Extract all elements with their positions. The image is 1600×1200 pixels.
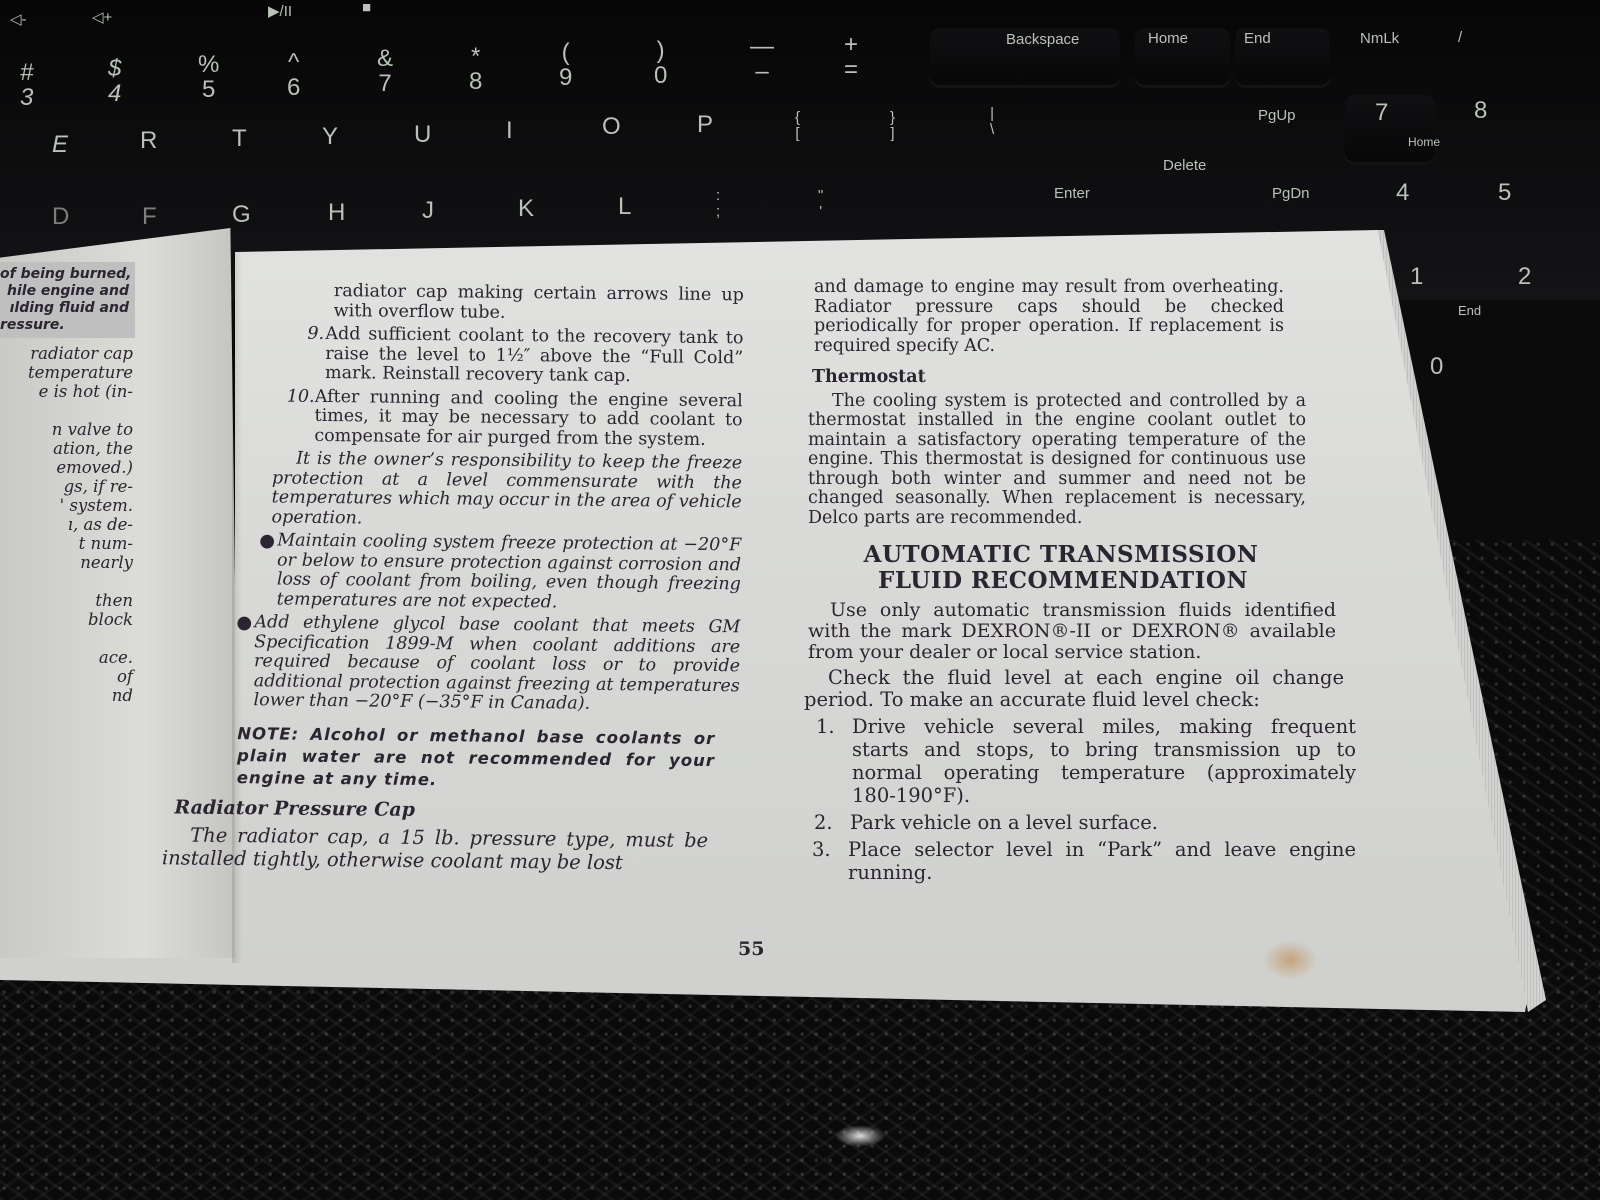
radiator-pressure-cap-heading: Radiator Pressure Cap [174, 798, 738, 823]
key-0: ) 0 [654, 38, 667, 88]
key-num7-home: Home [1408, 136, 1440, 149]
warning-line: ressure. [0, 317, 131, 334]
key-8: * 8 [469, 44, 482, 94]
atf-title-line-2: FLUID RECOMMENDATION [818, 568, 1308, 594]
key-4: $ 4 [108, 56, 121, 106]
key-num-slash: / [1458, 30, 1462, 46]
warning-box: of being burned, hile engine and ılding … [0, 262, 135, 338]
bullet-freeze-protection: ● Maintain cooling system freeze protect… [229, 531, 742, 614]
key-delete: Delete [1163, 158, 1206, 174]
column-right: and damage to engine may result from ove… [808, 278, 1308, 884]
play-pause-key: ▶/II [268, 4, 292, 20]
volume-down-key: ◁- [10, 12, 27, 28]
list-item-10: 10. After running and cooling the engine… [230, 386, 743, 450]
step-text: Place selector level in “Park” and leave… [848, 838, 1356, 884]
left-page-line: e is hot (in- [0, 382, 135, 401]
key-num8: 8 [1474, 98, 1487, 123]
key-pgup: PgUp [1258, 108, 1296, 124]
left-page-line: n valve to [0, 420, 135, 439]
list-number: 10. [286, 387, 315, 446]
key-backslash: | \ [990, 106, 994, 138]
atf-step: 1.Drive vehicle several miles, making fr… [808, 715, 1356, 807]
key-right-bracket: } ] [890, 110, 895, 142]
atf-step: 2.Park vehicle on a level surface. [808, 811, 1356, 834]
key-enter: Enter [1054, 186, 1090, 202]
key-9: ( 9 [559, 40, 572, 90]
key-d: D [52, 204, 69, 229]
bullet-icon: ● [259, 531, 278, 609]
key-numlock: NmLk [1360, 31, 1399, 47]
left-page-line [0, 629, 135, 648]
bullet-text: Add ethylene glycol base coolant that me… [254, 613, 741, 716]
key-equals: + = [844, 32, 858, 82]
key-o: O [602, 114, 621, 139]
list-number: 9. [307, 325, 326, 384]
key-h: H [328, 200, 345, 225]
atf-paragraph-dexron: Use only automatic transmission fluids i… [808, 600, 1336, 663]
atf-step: 3.Place selector level in “Park” and lea… [808, 838, 1356, 884]
key-j: J [422, 198, 434, 223]
left-page-line [0, 401, 135, 420]
left-page-lines: radiator captemperaturee is hot (in- n v… [0, 344, 135, 705]
list-text: After running and cooling the engine sev… [314, 387, 743, 450]
left-page-line: ace. [0, 648, 135, 667]
key-num4: 4 [1396, 180, 1409, 205]
bullet-text: Maintain cooling system freeze protectio… [277, 531, 742, 614]
key-num5: 5 [1498, 180, 1511, 205]
left-page-line: nearly [0, 553, 135, 572]
left-page-line: emoved.) [0, 458, 135, 477]
atf-title-line-1: AUTOMATIC TRANSMISSION [814, 542, 1308, 568]
step-number: 2. [814, 811, 850, 834]
left-page-line: ' system. [0, 496, 135, 515]
step-number: 3. [812, 838, 848, 884]
left-page-line: then [0, 591, 135, 610]
key-r: R [140, 128, 157, 153]
warning-line: hile engine and [0, 283, 131, 300]
key-3: # 3 [20, 60, 33, 110]
bullet-ethylene-glycol: ● Add ethylene glycol base coolant that … [228, 613, 741, 716]
volume-up-key: ◁+ [92, 10, 112, 26]
owner-responsibility-paragraph: It is the owner’s responsibility to keep… [229, 449, 742, 532]
key-5: % 5 [198, 52, 219, 102]
left-page-line: block [0, 610, 135, 629]
key-y: Y [322, 124, 338, 149]
left-page-line: radiator cap [0, 344, 135, 363]
list-item-9: 9. Add sufficient coolant to the recover… [231, 324, 744, 388]
column-left: radiator cap making certain arrows line … [226, 281, 744, 875]
key-end: End [1244, 31, 1271, 47]
key-6: ^ 6 [287, 50, 300, 100]
step-text: Park vehicle on a level surface. [850, 811, 1158, 834]
item-8-continuation: radiator cap making certain arrows line … [232, 281, 744, 325]
key-quote: " ' [818, 188, 823, 220]
left-page-line: gs, if re- [0, 477, 135, 496]
key-k: K [518, 196, 534, 221]
key-u: U [414, 122, 431, 147]
bullet-icon: ● [236, 613, 255, 711]
key-7: & 7 [377, 46, 393, 96]
key-p: P [697, 112, 713, 137]
left-page-text-fragment: of being burned, hile engine and ılding … [0, 262, 135, 705]
key-pgdn: PgDn [1272, 186, 1310, 202]
left-page-line: of [0, 667, 135, 686]
key-num7: 7 [1375, 100, 1388, 125]
left-page-line: ı, as de- [0, 515, 135, 534]
left-page-line: nd [0, 686, 135, 705]
thermostat-paragraph: The cooling system is protected and cont… [808, 392, 1308, 529]
key-l: L [618, 194, 631, 219]
atf-paragraph-check-level: Check the fluid level at each engine oil… [804, 667, 1344, 711]
key-e: E [52, 132, 68, 157]
warning-line: ılding fluid and [0, 300, 131, 317]
key-semicolon: : ; [716, 188, 720, 220]
warning-line: of being burned, [0, 266, 131, 283]
left-page-line [0, 572, 135, 591]
page-number: 55 [738, 938, 764, 960]
atf-steps-list: 1.Drive vehicle several miles, making fr… [808, 715, 1356, 884]
key-t: T [232, 126, 247, 151]
left-page-line: t num- [0, 534, 135, 553]
note-coolants: NOTE: Alcohol or methanol base coolants … [227, 722, 740, 793]
step-text: Drive vehicle several miles, making freq… [852, 715, 1356, 807]
key-left-bracket: { [ [795, 110, 800, 142]
step-number: 1. [816, 715, 852, 807]
key-home: Home [1148, 31, 1188, 47]
atf-section-title: AUTOMATIC TRANSMISSION FLUID RECOMMENDAT… [808, 542, 1308, 594]
left-page-line: ation, the [0, 439, 135, 458]
left-page-line: temperature [0, 363, 135, 382]
key-i: I [506, 118, 513, 143]
radiator-paragraph-continued: and damage to engine may result from ove… [808, 278, 1308, 356]
list-text: Add sufficient coolant to the recovery t… [325, 325, 744, 388]
keycap-num7 [1345, 95, 1435, 165]
key-minus: — – [750, 34, 774, 84]
key-g: G [232, 202, 251, 227]
thermostat-heading: Thermostat [808, 368, 1308, 388]
light-reflection [835, 1125, 885, 1147]
key-backspace: Backspace [1006, 32, 1079, 48]
stop-key: ■ [362, 0, 371, 16]
radiator-paragraph: The radiator cap, a 15 lb. pressure type… [162, 823, 708, 875]
key-f: F [142, 204, 157, 229]
